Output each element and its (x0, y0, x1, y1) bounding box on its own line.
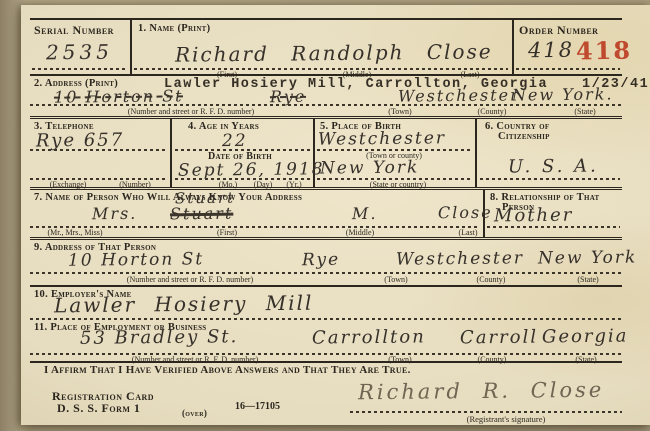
write-line (30, 272, 622, 274)
birthplace-state-sublabel: (State or country) (370, 180, 426, 189)
contact-last-sublabel: (Last) (458, 228, 477, 237)
address-town-sublabel: (Town) (388, 107, 411, 116)
row-employment-place: 11. Place of Employment or Business 53 B… (30, 320, 622, 363)
write-line (134, 68, 508, 70)
write-line (487, 226, 620, 228)
contact-last-value: Close (438, 203, 493, 223)
divider (512, 20, 514, 74)
row-contact-address: 9. Address of That Person 10 Horton St R… (30, 240, 622, 287)
write-line (30, 353, 622, 355)
serial-number-label: Serial Number (34, 23, 114, 38)
contact-middle-value: M. (352, 204, 378, 223)
row-footer: Registration Card D. S. S. Form 1 (over)… (30, 379, 622, 423)
contact-address-town: Rye (302, 250, 340, 270)
contact-address-street-sublabel: (Number and street or R. F. D. number) (127, 275, 253, 284)
signature-sublabel: (Registrant's signature) (467, 414, 546, 424)
serial-number-value: 2535 (46, 40, 113, 65)
affirmation-text: I Affirm That I Have Verified Above Answ… (44, 364, 411, 376)
address-state-value: New York. (512, 84, 614, 104)
order-number-stamp: 418 (576, 36, 633, 66)
birthplace-state-value: New York (320, 157, 420, 178)
contact-address-street: 10 Horton St (68, 249, 204, 270)
write-line (516, 68, 620, 70)
contact-label: 7. Name of Person Who Will Always Know Y… (34, 192, 302, 203)
write-line (32, 68, 128, 70)
birthplace-town-value: Westchester (318, 128, 446, 149)
divider (130, 20, 132, 74)
address-county-value: Westchester (398, 85, 520, 105)
contact-address-county: Westchester (396, 248, 524, 269)
contact-first-struck: Stuart (170, 204, 234, 224)
contact-middle-sublabel: (Middle) (346, 228, 374, 237)
citizenship-value: U. S. A. (508, 156, 599, 178)
address-state-sublabel: (State) (574, 107, 595, 116)
row-telephone-age-birth-citizenship: 3. Telephone Rye 657 (Exchange) (Number)… (30, 119, 622, 190)
contact-title-sublabel: (Mr., Mrs., Miss) (47, 228, 102, 237)
name-value: Richard Randolph Close (175, 39, 493, 66)
contact-address-county-sublabel: (County) (477, 275, 506, 284)
signature-line (350, 411, 622, 413)
contact-address-state-sublabel: (State) (577, 275, 598, 284)
divider (475, 119, 477, 187)
employment-place-state: Georgia (542, 326, 629, 348)
address-county-sublabel: (County) (478, 107, 507, 116)
telephone-number-sublabel: (Number) (119, 180, 151, 189)
write-line (30, 149, 168, 151)
write-line (30, 104, 622, 106)
divider (170, 119, 172, 187)
contact-title-value: Mrs. (92, 204, 138, 223)
address-street-sublabel: (Number and street or R. F. D. number) (128, 107, 254, 116)
contact-address-state: New York (538, 247, 638, 268)
order-number-value: 418 (528, 38, 574, 62)
employment-place-street: 53 Bradley St. (80, 326, 239, 349)
over-note: (over) (182, 408, 207, 418)
telephone-exchange-sublabel: (Exchange) (50, 180, 87, 189)
form-number: D. S. S. Form 1 (57, 401, 140, 416)
row-address: 2. Address (Print) Lawler Hosiery Mill, … (30, 76, 622, 119)
dob-day-sublabel: (Day) (254, 180, 273, 189)
contact-address-town-sublabel: (Town) (384, 275, 407, 284)
row-contact-relationship: 7. Name of Person Who Will Always Know Y… (30, 190, 622, 240)
employment-place-town: Carrollton (312, 326, 426, 348)
dob-month-sublabel: (Mo.) (219, 180, 237, 189)
employer-value: Lawler Hosiery Mill (54, 291, 314, 318)
print-code: 16—17105 (235, 401, 280, 412)
row-affirmation: I Affirm That I Have Verified Above Answ… (30, 363, 622, 378)
write-line (480, 178, 620, 180)
registration-card: Serial Number 2535 1. Name (Print) Richa… (21, 5, 650, 425)
contact-first-sublabel: (First) (217, 228, 237, 237)
scanned-document: Serial Number 2535 1. Name (Print) Richa… (0, 0, 650, 431)
dob-year-sublabel: (Yr.) (286, 180, 301, 189)
citizenship-label-line2: Citizenship (498, 131, 550, 142)
relationship-value: Mother (494, 205, 574, 227)
registrant-signature: Richard R. Close (358, 378, 605, 405)
row-employer: 10. Employer's Name Lawler Hosiery Mill (30, 287, 622, 320)
name-label: 1. Name (Print) (138, 23, 210, 34)
row-serial-name-order: Serial Number 2535 1. Name (Print) Richa… (30, 18, 622, 76)
employment-place-county: Carroll (460, 327, 538, 349)
